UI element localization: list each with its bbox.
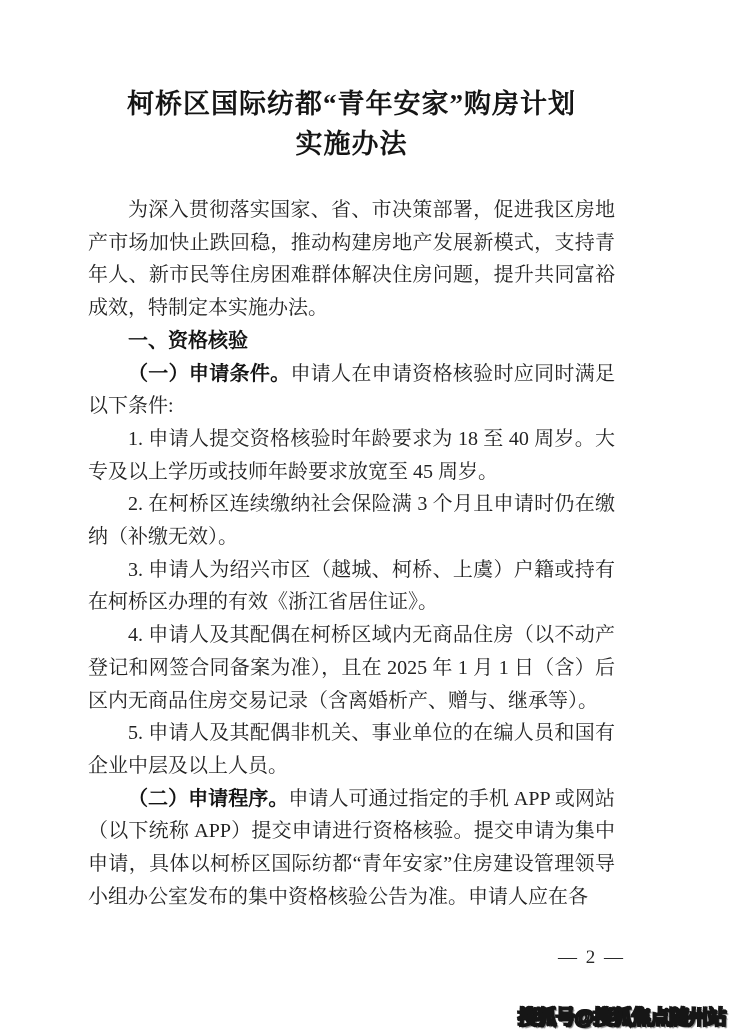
paragraph-condition-5: 5. 申请人及其配偶非机关、事业单位的在编人员和国有企业中层及以上人员。	[88, 717, 615, 782]
watermark-text: 搜狐号@搜狐焦点随州站	[517, 1001, 726, 1030]
paragraph-condition-3: 3. 申请人为绍兴市区（越城、柯桥、上虞）户籍或持有在柯桥区办理的有效《浙江省居…	[88, 554, 615, 619]
paragraph-text: 为深入贯彻落实国家、省、市决策部署，促进我区房地产市场加快止跌回稳，推动构建房地…	[88, 199, 615, 319]
paragraph-text: 1. 申请人提交资格核验时年龄要求为 18 至 40 周岁。大专及以上学历或技师…	[88, 428, 615, 483]
paragraph-text: 2. 在柯桥区连续缴纳社会保险满 3 个月且申请时仍在缴纳（补缴无效）。	[88, 493, 615, 548]
section-heading-1: 一、资格核验	[88, 325, 615, 358]
document-body: 为深入贯彻落实国家、省、市决策部署，促进我区房地产市场加快止跌回稳，推动构建房地…	[88, 194, 615, 913]
paragraph-lead: （一）申请条件。	[128, 363, 290, 385]
page-number: — 2 —	[88, 947, 625, 969]
title-line-2: 实施办法	[88, 124, 615, 164]
paragraph-text: 3. 申请人为绍兴市区（越城、柯桥、上虞）户籍或持有在柯桥区办理的有效《浙江省居…	[88, 559, 615, 614]
paragraph-condition-2: 2. 在柯桥区连续缴纳社会保险满 3 个月且申请时仍在缴纳（补缴无效）。	[88, 488, 615, 553]
paragraph-application-conditions: （一）申请条件。申请人在申请资格核验时应同时满足以下条件:	[88, 358, 615, 423]
paragraph-lead: （二）申请程序。	[128, 788, 288, 810]
document-page: 柯桥区国际纺都“青年安家”购房计划 实施办法 为深入贯彻落实国家、省、市决策部署…	[0, 0, 731, 1033]
paragraph-text: 5. 申请人及其配偶非机关、事业单位的在编人员和国有企业中层及以上人员。	[88, 722, 615, 777]
section-heading-label: 一、资格核验	[128, 330, 248, 352]
paragraph-intro: 为深入贯彻落实国家、省、市决策部署，促进我区房地产市场加快止跌回稳，推动构建房地…	[88, 194, 615, 325]
title-line-1: 柯桥区国际纺都“青年安家”购房计划	[88, 84, 615, 124]
document-content: 柯桥区国际纺都“青年安家”购房计划 实施办法 为深入贯彻落实国家、省、市决策部署…	[88, 0, 615, 969]
paragraph-application-procedure: （二）申请程序。申请人可通过指定的手机 APP 或网站（以下统称 APP）提交申…	[88, 783, 615, 914]
paragraph-condition-1: 1. 申请人提交资格核验时年龄要求为 18 至 40 周岁。大专及以上学历或技师…	[88, 423, 615, 488]
paragraph-condition-4: 4. 申请人及其配偶在柯桥区域内无商品住房（以不动产登记和网签合同备案为准），且…	[88, 619, 615, 717]
page-title: 柯桥区国际纺都“青年安家”购房计划 实施办法	[88, 84, 615, 164]
paragraph-text: 4. 申请人及其配偶在柯桥区域内无商品住房（以不动产登记和网签合同备案为准），且…	[88, 624, 615, 711]
